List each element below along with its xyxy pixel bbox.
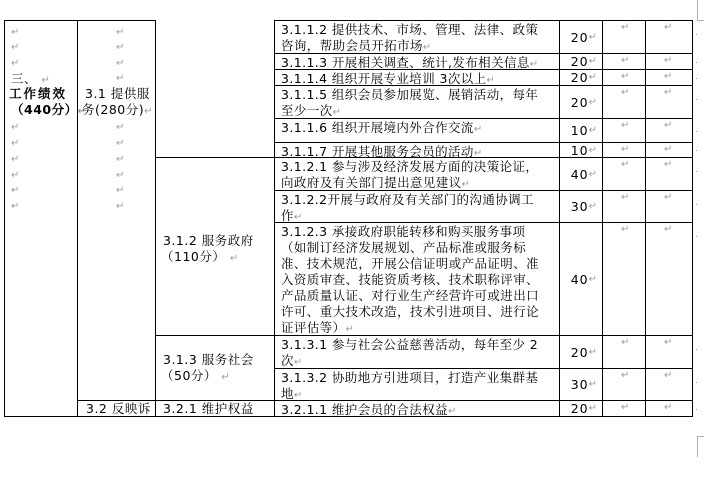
item-cell: 3.1.2.1 参与涉及经济发展方面的决策论证，向政府及有关部门提出意见建议↵ [274,157,560,191]
empty-cell-col6[interactable]: ↵ [602,142,646,158]
sub-3-2-1-label: 3.2.1 维护权益 [163,401,254,417]
item-cell: 3.1.1.4 组织开展专业培训 3次以上↵ [274,69,560,86]
sub-3-1-3-label: 3.1.3 服务社会 [163,352,254,368]
paragraph-mark: ↵ [621,87,629,98]
item-text-line: 3.1.1.2 提供技术、市场、管理、法律、政策 [281,22,559,38]
item-text-line: 3.2.1.1 维护会员的合法权益↵ [281,402,559,420]
paragraph-mark: ↵ [589,347,598,358]
paragraph-mark: ↵ [462,179,471,190]
item-text-line: 3.1.1.5 组织会员参加展览、展销活动，每年 [281,87,559,103]
paragraph-mark: ↵ [664,370,672,381]
item-text-line: 准、技术规范，开展公信证明或产品证明、准 [281,256,559,272]
item-text-line: 许可、重大技术改造，技术引进项目、进行论 [281,304,559,320]
row-end-mark: . [695,165,698,175]
paragraph-mark: ↵ [589,32,598,43]
paragraph-mark: ↵ [621,120,629,131]
row-end-mark: . [695,230,698,240]
empty-cell-col7[interactable]: ↵ [645,157,693,191]
row-end-mark: . [695,72,698,82]
empty-cell-col7[interactable]: ↵ [645,222,693,336]
paragraph-mark: ↵ [589,97,598,108]
page-corner-mark-top [697,0,704,21]
paragraph-mark: ↵ [621,370,629,381]
paragraph-mark: ↵ [589,403,598,414]
item-cell: 3.1.1.2 提供技术、市场、管理、法律、政策咨询，帮助会员开拓市场↵ [274,20,560,54]
paragraph-mark: ↵ [589,125,598,136]
sub-3-2-1-cell: 3.2.1 维护权益 [155,400,275,417]
paragraph-mark: ↵ [116,120,125,136]
score-cell: 20↵ [559,85,603,119]
score-value: 20 [571,30,589,45]
group-3-1-label: 3.1 提供服 [85,86,150,102]
item-cell: 3.1.1.6 组织开展境内外合作交流↵ [274,118,560,143]
score-cell: 40↵ [559,157,603,191]
group-3-1-score: 务(280分)↵ [82,102,153,120]
row-end-mark: . [695,144,698,154]
empty-cell-col7[interactable]: ↵ [645,335,693,369]
paragraph-mark: ↵ [664,224,672,235]
sub-3-1-1-continuation-cell [155,20,275,158]
score-cell: 20↵ [559,20,603,54]
paragraph-mark: ↵ [589,145,598,156]
paragraph-mark: ↵ [589,56,598,67]
paragraph-mark: ↵ [621,22,629,33]
item-cell: 3.1.1.3 开展相关调查、统计,发布相关信息↵ [274,53,560,70]
empty-cell-col6[interactable]: ↵ [602,222,646,336]
empty-cell-col6[interactable]: ↵ [602,85,646,119]
paragraph-mark: ↵ [589,379,598,390]
paragraph-mark: ↵ [11,183,20,199]
group-3-1-cell: ↵ ↵ ↵ ↵ 3.1 提供服 务(280分)↵ ↵ ↵ ↵ ↵ ↵ ↵ [77,20,156,401]
score-cell: 40↵ [559,222,603,336]
item-text-line: 3.1.2.3 承接政府职能转移和购买服务事项 [281,224,559,240]
paragraph-mark: ↵ [664,55,672,66]
paragraph-mark: ↵ [116,40,125,56]
item-cell: 3.1.1.5 组织会员参加展览、展销活动，每年至少一次↵ [274,85,560,119]
score-value: 40 [571,167,589,182]
paragraph-mark: ↵ [116,71,125,87]
row-end-mark: . [695,376,698,386]
item-cell: 3.1.3.2 协助地方引进项目，打造产业集群基地↵ [274,368,560,401]
sub-3-1-2-score: （110分） ↵ [161,249,239,267]
paragraph-mark: ↵ [664,159,672,170]
score-cell: 20↵ [559,69,603,86]
empty-cell-col7[interactable]: ↵ [645,368,693,401]
score-cell: 20↵ [559,53,603,70]
paragraph-mark: ↵ [621,224,629,235]
paragraph-mark: ↵ [589,274,598,285]
paragraph-mark: ↵ [11,199,20,215]
paragraph-mark: ↵ [11,56,20,72]
item-text-line: 3.1.3.2 协助地方引进项目，打造产业集群基 [281,370,559,386]
paragraph-mark: ↵ [116,152,125,168]
empty-cell-col6[interactable]: ↵ [602,20,646,54]
score-value: 10 [571,123,589,138]
paragraph-mark: ↵ [333,107,342,118]
paragraph-mark: ↵ [621,159,629,170]
score-cell: 30↵ [559,190,603,223]
empty-cell-col6[interactable]: ↵ [602,69,646,86]
empty-cell-col6[interactable]: ↵ [602,368,646,401]
item-text-line: 3.1.1.6 组织开展境内外合作交流↵ [281,120,559,138]
page-corner-mark-bottom [697,436,704,457]
score-value: 20 [571,345,589,360]
paragraph-mark: ↵ [11,152,20,168]
paragraph-mark: ↵ [116,25,125,41]
paragraph-mark: ↵ [664,192,672,203]
paragraph-mark: ↵ [589,201,598,212]
row-end-mark: . [695,28,698,38]
paragraph-mark: ↵ [116,168,125,184]
paragraph-mark: ↵ [621,337,629,348]
empty-cell-col7[interactable]: ↵ [645,20,693,54]
empty-cell-col7[interactable]: ↵ [645,142,693,158]
paragraph-mark: ↵ [448,406,457,417]
sub-3-1-3-score: （50分） ↵ [161,368,230,386]
empty-cell-col6[interactable]: ↵ [602,400,646,417]
item-text-line: 入资质审查、技能资质考核、技术职称评审、 [281,272,559,288]
empty-cell-col7[interactable]: ↵ [645,400,693,417]
score-cell: 30↵ [559,368,603,401]
score-value: 20 [571,70,589,85]
paragraph-mark: ↵ [116,56,125,72]
sub-3-1-2-cell: 3.1.2 服务政府 （110分） ↵ [155,157,275,336]
paragraph-mark: ↵ [664,120,672,131]
score-value: 40 [571,272,589,287]
paragraph-mark: ↵ [621,55,629,66]
group-3-2-cell: 3.2 反映诉 [77,400,156,417]
section-title: 工作绩效 [9,86,67,102]
empty-cell-col7[interactable]: ↵ [645,53,693,70]
paragraph-mark: ↵ [11,136,20,152]
paragraph-mark: ↵ [664,144,672,155]
empty-cell-col6[interactable]: ↵ [602,335,646,369]
section-cell: ↵ ↵ ↵ 三、 ↵ 工作绩效 （440分）↵ ↵ ↵ ↵ ↵ ↵ ↵ [4,20,78,417]
paragraph-mark: ↵ [474,124,483,135]
paragraph-mark: ↵ [621,144,629,155]
empty-cell-col6[interactable]: ↵ [602,190,646,223]
paragraph-mark: ↵ [664,71,672,82]
score-cell: 10↵ [559,118,603,143]
empty-cell-col6[interactable]: ↵ [602,118,646,143]
paragraph-mark: ↵ [621,192,629,203]
empty-cell-col7[interactable]: ↵ [645,85,693,119]
paragraph-mark: ↵ [664,87,672,98]
section-score: （440分）↵ [11,102,86,120]
row-end-mark: . [695,125,698,135]
paragraph-mark: ↵ [664,402,672,413]
row-end-mark: . [695,403,698,413]
empty-cell-col6[interactable]: ↵ [602,53,646,70]
item-cell: 3.1.2.2开展与政府及有关部门的沟通协调工作↵ [274,190,560,223]
paragraph-mark: ↵ [621,71,629,82]
paragraph-mark: ↵ [116,136,125,152]
paragraph-mark: ↵ [664,337,672,348]
paragraph-mark: ↵ [621,402,629,413]
empty-cell-col7[interactable]: ↵ [645,190,693,223]
score-cell: 20↵ [559,400,603,417]
paragraph-mark: ↵ [11,168,20,184]
item-text-line: 3.1.2.1 参与涉及经济发展方面的决策论证， [281,159,559,175]
paragraph-mark: ↵ [664,22,672,33]
empty-cell-col7[interactable]: ↵ [645,118,693,143]
empty-cell-col7[interactable]: ↵ [645,69,693,86]
item-cell: 3.2.1.1 维护会员的合法权益↵ [274,400,560,417]
row-end-mark: . [695,343,698,353]
score-value: 10 [571,143,589,158]
item-text-line: 3.1.3.1 参与社会公益慈善活动，每年至少 2 [281,337,559,353]
group-3-2-label: 3.2 反映诉 [86,401,151,417]
item-cell: 3.1.1.7 开展其他服务会员的活动↵ [274,142,560,158]
paragraph-mark: ↵ [346,324,355,335]
score-value: 20 [571,54,589,69]
item-cell: 3.1.3.1 参与社会公益慈善活动，每年至少 2次↵ [274,335,560,369]
score-value: 20 [571,401,589,416]
item-text-line: （如制订经济发展规划、产品标准或服务标 [281,240,559,256]
paragraph-mark: ↵ [589,72,598,83]
empty-cell-col6[interactable]: ↵ [602,157,646,191]
row-end-mark: . [695,93,698,103]
paragraph-mark: ↵ [589,169,598,180]
paragraph-mark: ↵ [11,120,20,136]
item-text-line: 产品质量认证、对行业生产经营许可或进出口 [281,288,559,304]
paragraph-mark: ↵ [294,357,303,368]
score-cell: 10↵ [559,142,603,158]
sub-3-1-2-label: 3.1.2 服务政府 [163,233,254,249]
paragraph-mark: ↵ [11,40,20,56]
score-cell: 20↵ [559,335,603,369]
row-end-mark: . [695,198,698,208]
row-end-mark: . [695,56,698,66]
paragraph-mark: ↵ [11,25,20,41]
item-text-line: 3.1.2.2开展与政府及有关部门的沟通协调工 [281,192,559,208]
item-cell: 3.1.2.3 承接政府职能转移和购买服务事项（如制订经济发展规划、产品标准或服… [274,222,560,336]
sub-3-1-3-cell: 3.1.3 服务社会 （50分） ↵ [155,335,275,401]
score-value: 30 [571,199,589,214]
score-value: 30 [571,377,589,392]
score-value: 20 [571,95,589,110]
paragraph-mark: ↵ [423,42,432,53]
paragraph-mark: ↵ [116,199,125,215]
paragraph-mark: ↵ [116,183,125,199]
